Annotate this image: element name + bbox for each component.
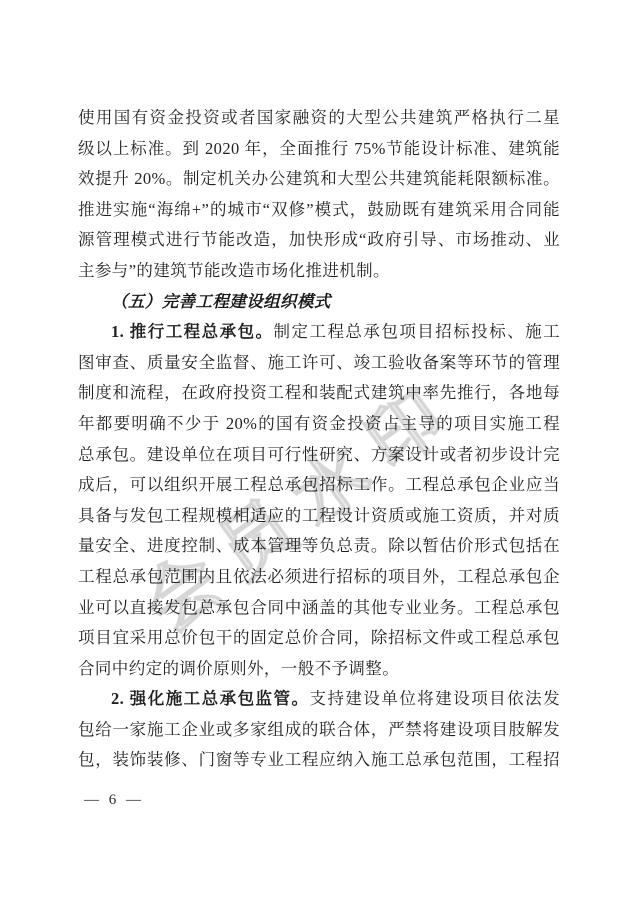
text-line: 成后，可以组织开展工程总承包招标工作。工程总承包企业应当 bbox=[78, 470, 560, 501]
text-line: 2. 强化施工总承包监管。支持建设单位将建设项目依法发 bbox=[78, 684, 560, 715]
bold-run-in-heading: 2. 强化施工总承包监管。 bbox=[111, 689, 309, 708]
line-text: 总承包。建设单位在项目可行性研究、方案设计或者初步设计完 bbox=[78, 445, 560, 464]
document-text-block: 使用国有资金投资或者国家融资的大型公共建筑严格执行二星级以上标准。到 2020 … bbox=[78, 103, 560, 776]
line-text: 制定工程总承包项目招标投标、施工 bbox=[274, 322, 560, 341]
bold-run-in-heading: 1. 推行工程总承包。 bbox=[111, 322, 274, 341]
text-line: 制度和流程，在政府投资工程和装配式建筑中率先推行，各地每 bbox=[78, 378, 560, 409]
line-text: 包，装饰装修、门窗等专业工程应纳入施工总承包范围，工程招 bbox=[78, 750, 560, 769]
text-line: 年都要明确不少于 20%的国有资金投资占主导的项目实施工程 bbox=[78, 409, 560, 440]
text-line: 推进实施“海绵+”的城市“双修”模式，鼓励既有建筑采用合同能 bbox=[78, 195, 560, 226]
text-line: 量安全、进度控制、成本管理等负总责。除以暂估价形式包括在 bbox=[78, 531, 560, 562]
text-line: 源管理模式进行节能改造，加快形成“政府引导、市场推动、业 bbox=[78, 225, 560, 256]
document-page: 会员水印 使用国有资金投资或者国家融资的大型公共建筑严格执行二星级以上标准。到 … bbox=[0, 0, 636, 900]
text-line: 使用国有资金投资或者国家融资的大型公共建筑严格执行二星 bbox=[78, 103, 560, 134]
text-line: 具备与发包工程规模相适应的工程设计资质或施工资质，并对质 bbox=[78, 501, 560, 532]
text-line: 项目宜采用总价包干的固定总价合同，除招标文件或工程总承包 bbox=[78, 623, 560, 654]
line-text: 具备与发包工程规模相适应的工程设计资质或施工资质，并对质 bbox=[78, 506, 560, 525]
line-text: 工程总承包范围内且依法必须进行招标的项目外，工程总承包企 bbox=[78, 567, 560, 586]
section-heading-line: （五）完善工程建设组织模式 bbox=[78, 287, 560, 318]
line-text: 成后，可以组织开展工程总承包招标工作。工程总承包企业应当 bbox=[78, 475, 560, 494]
line-text: 源管理模式进行节能改造，加快形成“政府引导、市场推动、业 bbox=[78, 230, 560, 249]
text-line: 包，装饰装修、门窗等专业工程应纳入施工总承包范围，工程招 bbox=[78, 745, 560, 776]
line-text: 支持建设单位将建设项目依法发 bbox=[309, 689, 560, 708]
line-text: 主参与”的建筑节能改造市场化推进机制。 bbox=[78, 261, 390, 280]
line-text: 业可以直接发包总承包合同中涵盖的其他专业业务。工程总承包 bbox=[78, 598, 560, 617]
line-text: 图审查、质量安全监督、施工许可、竣工验收备案等环节的管理 bbox=[78, 353, 560, 372]
text-line: 1. 推行工程总承包。制定工程总承包项目招标投标、施工 bbox=[78, 317, 560, 348]
line-text: 合同中约定的调价原则外，一般不予调整。 bbox=[78, 659, 399, 678]
line-text: 包给一家施工企业或多家组成的联合体，严禁将建设项目肢解发 bbox=[78, 720, 560, 739]
text-line: 级以上标准。到 2020 年，全面推行 75%节能设计标准、建筑能 bbox=[78, 134, 560, 165]
line-text: 制度和流程，在政府投资工程和装配式建筑中率先推行，各地每 bbox=[78, 383, 560, 402]
line-text: 使用国有资金投资或者国家融资的大型公共建筑严格执行二星 bbox=[78, 108, 560, 127]
line-text: 项目宜采用总价包干的固定总价合同，除招标文件或工程总承包 bbox=[78, 628, 560, 647]
text-line: 合同中约定的调价原则外，一般不予调整。 bbox=[78, 654, 560, 685]
text-line: 图审查、质量安全监督、施工许可、竣工验收备案等环节的管理 bbox=[78, 348, 560, 379]
text-line: 主参与”的建筑节能改造市场化推进机制。 bbox=[78, 256, 560, 287]
line-text: 级以上标准。到 2020 年，全面推行 75%节能设计标准、建筑能 bbox=[78, 139, 560, 158]
text-line: 业可以直接发包总承包合同中涵盖的其他专业业务。工程总承包 bbox=[78, 593, 560, 624]
text-line: 总承包。建设单位在项目可行性研究、方案设计或者初步设计完 bbox=[78, 440, 560, 471]
line-text: （五）完善工程建设组织模式 bbox=[111, 292, 331, 311]
page-number: — 6 — bbox=[84, 792, 144, 809]
text-line: 包给一家施工企业或多家组成的联合体，严禁将建设项目肢解发 bbox=[78, 715, 560, 746]
text-line: 效提升 20%。制定机关办公建筑和大型公共建筑能耗限额标准。 bbox=[78, 164, 560, 195]
line-text: 量安全、进度控制、成本管理等负总责。除以暂估价形式包括在 bbox=[78, 536, 560, 555]
line-text: 推进实施“海绵+”的城市“双修”模式，鼓励既有建筑采用合同能 bbox=[78, 200, 560, 219]
line-text: 效提升 20%。制定机关办公建筑和大型公共建筑能耗限额标准。 bbox=[78, 169, 560, 188]
text-line: 工程总承包范围内且依法必须进行招标的项目外，工程总承包企 bbox=[78, 562, 560, 593]
line-text: 年都要明确不少于 20%的国有资金投资占主导的项目实施工程 bbox=[78, 414, 560, 433]
